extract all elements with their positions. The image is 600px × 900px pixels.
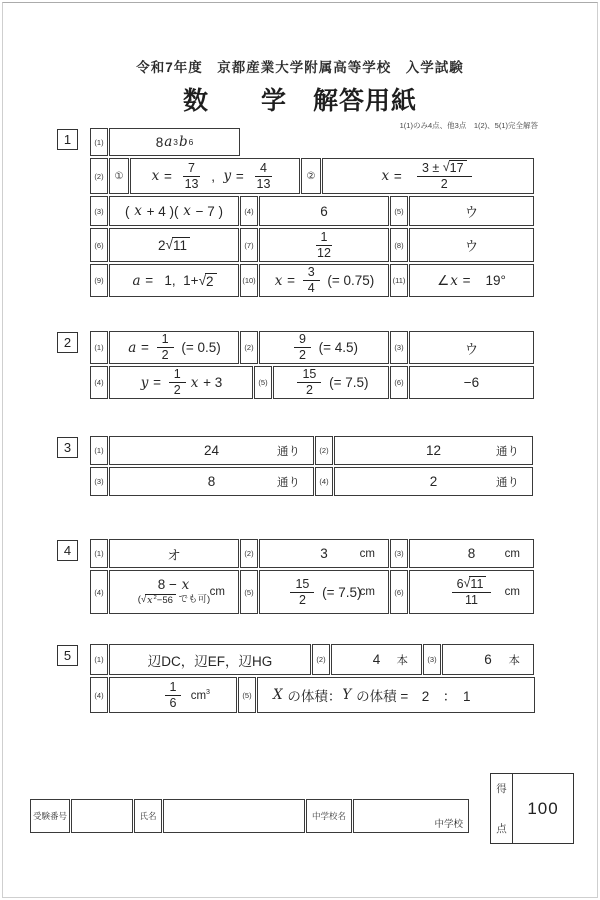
- table-row: (1) オ (2) 3cm (3) 8cm: [90, 539, 536, 568]
- section-2-number: 2: [57, 332, 78, 353]
- s1-a5-label: (5): [390, 196, 408, 226]
- s1-a11-label: (11): [390, 264, 408, 297]
- s3-a2-label: (2): [315, 436, 333, 465]
- table-row: (9) a = 1, 1+√2 (10) x = 34 (= 0.75) (11…: [90, 264, 536, 297]
- s2-a4-cell: y = 12x + 3: [109, 366, 253, 399]
- s2-a2-label: (2): [240, 331, 258, 364]
- s2-a3-cell: ウ: [409, 331, 534, 364]
- s1-a11-cell: ∠x = 19°: [409, 264, 534, 297]
- footer-info-strip: 受験番号 氏名 中学校名 中学校: [30, 799, 469, 833]
- section-3-table: (1) 24通り (2) 12通り (3) 8通り (4) 2通り: [90, 436, 536, 498]
- s4-a5-cell: 152 (= 7.5)cm: [259, 570, 389, 614]
- section-5-number: 5: [57, 645, 78, 666]
- s1-a2-circle-2: ②: [301, 158, 321, 194]
- s4-a5-label: (5): [240, 570, 258, 614]
- score-label-char-1: 得: [496, 781, 507, 796]
- s5-a4-cell: 16cm3: [109, 677, 237, 713]
- s2-a5-cell: 152 (= 7.5): [273, 366, 389, 399]
- s1-a3-cell: ( x + 4 )( x − 7 ): [109, 196, 239, 226]
- table-row: (4) 16cm3 (5) X の体積：Y の体積 = 2 ： 1: [90, 677, 536, 713]
- s3-a1-cell: 24通り: [109, 436, 314, 465]
- section-4: 4 (1) オ (2) 3cm (3) 8cm (4) 8 − x(√x2−56…: [57, 539, 536, 616]
- s1-a5-cell: ウ: [409, 196, 534, 226]
- section-4-number: 4: [57, 540, 78, 561]
- table-row: (4) 8 − x(√x2−56 でも可)cm (5) 152 (= 7.5)c…: [90, 570, 536, 614]
- score-box: 得 点 100: [490, 773, 574, 844]
- s1-a7-label: (7): [240, 228, 258, 262]
- s3-a4-label: (4): [315, 467, 333, 496]
- table-row: (1) 24通り (2) 12通り: [90, 436, 536, 465]
- exam-line: 令和7年度 京都産業大学附属高等学校 入学試験: [0, 56, 600, 76]
- s1-a10-cell: x = 34 (= 0.75): [259, 264, 389, 297]
- s4-a2-cell: 3cm: [259, 539, 389, 568]
- s1-a8-cell: ウ: [409, 228, 534, 262]
- s2-a1-cell: a = 12 (= 0.5): [109, 331, 239, 364]
- s1-a2-circle-1: ①: [109, 158, 129, 194]
- s5-a5-label: (5): [238, 677, 256, 713]
- section-1: 1 (1) 8a3b6 (2) ① x = 713 , y = 413 ② x …: [57, 128, 536, 299]
- s1-a2-1-cell: x = 713 , y = 413: [130, 158, 300, 194]
- table-row: (1) 辺DC，辺EF，辺HG (2) 4本 (3) 6本: [90, 644, 536, 675]
- table-row: (3) 8通り (4) 2通り: [90, 467, 536, 496]
- s2-a5-label: (5): [254, 366, 272, 399]
- s5-a1-label: (1): [90, 644, 108, 675]
- section-5-table: (1) 辺DC，辺EF，辺HG (2) 4本 (3) 6本 (4) 16cm3 …: [90, 644, 536, 715]
- s4-a1-label: (1): [90, 539, 108, 568]
- s4-a3-cell: 8cm: [409, 539, 534, 568]
- s1-a3-label: (3): [90, 196, 108, 226]
- s1-a10-label: (10): [240, 264, 258, 297]
- s4-a4-cell: 8 − x(√x2−56 でも可)cm: [109, 570, 239, 614]
- s5-a1-cell: 辺DC，辺EF，辺HG: [109, 644, 311, 675]
- s2-a2-cell: 92 (= 4.5): [259, 331, 389, 364]
- table-row: (1) 8a3b6: [90, 128, 536, 156]
- s1-a2-label: (2): [90, 158, 108, 194]
- s2-a3-label: (3): [390, 331, 408, 364]
- table-row: (2) ① x = 713 , y = 413 ② x = 3 ± √172: [90, 158, 536, 194]
- exam-number-field[interactable]: [71, 799, 133, 833]
- s3-a3-cell: 8通り: [109, 467, 314, 496]
- school-name-label: 中学校名: [306, 799, 352, 833]
- s5-a5-cell: X の体積：Y の体積 = 2 ： 1: [257, 677, 535, 713]
- s1-a4-label: (4): [240, 196, 258, 226]
- section-2-table: (1) a = 12 (= 0.5) (2) 92 (= 4.5) (3) ウ …: [90, 331, 536, 401]
- s5-a2-cell: 4本: [331, 644, 422, 675]
- s5-a2-label: (2): [312, 644, 330, 675]
- s2-a6-label: (6): [390, 366, 408, 399]
- s1-a9-label: (9): [90, 264, 108, 297]
- section-4-table: (1) オ (2) 3cm (3) 8cm (4) 8 − x(√x2−56 で…: [90, 539, 536, 616]
- s2-a1-label: (1): [90, 331, 108, 364]
- section-3-number: 3: [57, 437, 78, 458]
- school-name-field[interactable]: 中学校: [353, 799, 469, 833]
- s1-a1-cell: 8a3b6: [109, 128, 240, 156]
- s3-a4-cell: 2通り: [334, 467, 533, 496]
- s2-a6-cell: −6: [409, 366, 534, 399]
- section-1-number: 1: [57, 129, 78, 150]
- s3-a3-label: (3): [90, 467, 108, 496]
- section-1-table: (1) 8a3b6 (2) ① x = 713 , y = 413 ② x = …: [90, 128, 536, 299]
- s4-a6-cell: 6√1111cm: [409, 570, 534, 614]
- score-value: 100: [513, 774, 573, 843]
- s1-a9-cell: a = 1, 1+√2: [109, 264, 239, 297]
- s1-a8-label: (8): [390, 228, 408, 262]
- s4-a2-label: (2): [240, 539, 258, 568]
- s1-a4-cell: 6: [259, 196, 389, 226]
- score-label-char-2: 点: [496, 821, 507, 836]
- s4-a1-cell: オ: [109, 539, 239, 568]
- s1-a7-cell: 112: [259, 228, 389, 262]
- header: 令和7年度 京都産業大学附属高等学校 入学試験 数 学 解答用紙: [0, 56, 600, 117]
- name-label: 氏名: [134, 799, 162, 833]
- school-suffix: 中学校: [434, 816, 468, 832]
- name-field[interactable]: [163, 799, 305, 833]
- s4-a3-label: (3): [390, 539, 408, 568]
- s5-a3-label: (3): [423, 644, 441, 675]
- section-3: 3 (1) 24通り (2) 12通り (3) 8通り (4) 2通り: [57, 436, 536, 498]
- s4-a4-label: (4): [90, 570, 108, 614]
- s1-a6-label: (6): [90, 228, 108, 262]
- table-row: (1) a = 12 (= 0.5) (2) 92 (= 4.5) (3) ウ: [90, 331, 536, 364]
- s3-a2-cell: 12通り: [334, 436, 533, 465]
- table-row: (4) y = 12x + 3 (5) 152 (= 7.5) (6) −6: [90, 366, 536, 399]
- score-label: 得 点: [491, 774, 513, 843]
- s2-a4-label: (4): [90, 366, 108, 399]
- s3-a1-label: (1): [90, 436, 108, 465]
- page-title: 数 学 解答用紙: [0, 81, 600, 117]
- s5-a4-label: (4): [90, 677, 108, 713]
- exam-number-label: 受験番号: [30, 799, 70, 833]
- s5-a3-cell: 6本: [442, 644, 534, 675]
- section-2: 2 (1) a = 12 (= 0.5) (2) 92 (= 4.5) (3) …: [57, 331, 536, 401]
- table-row: (3) ( x + 4 )( x − 7 ) (4) 6 (5) ウ: [90, 196, 536, 226]
- s1-a6-cell: 2√11: [109, 228, 239, 262]
- s4-a6-label: (6): [390, 570, 408, 614]
- s1-a2-2-cell: x = 3 ± √172: [322, 158, 534, 194]
- s1-a1-label: (1): [90, 128, 108, 156]
- section-5: 5 (1) 辺DC，辺EF，辺HG (2) 4本 (3) 6本 (4) 16cm…: [57, 644, 536, 715]
- table-row: (6) 2√11 (7) 112 (8) ウ: [90, 228, 536, 262]
